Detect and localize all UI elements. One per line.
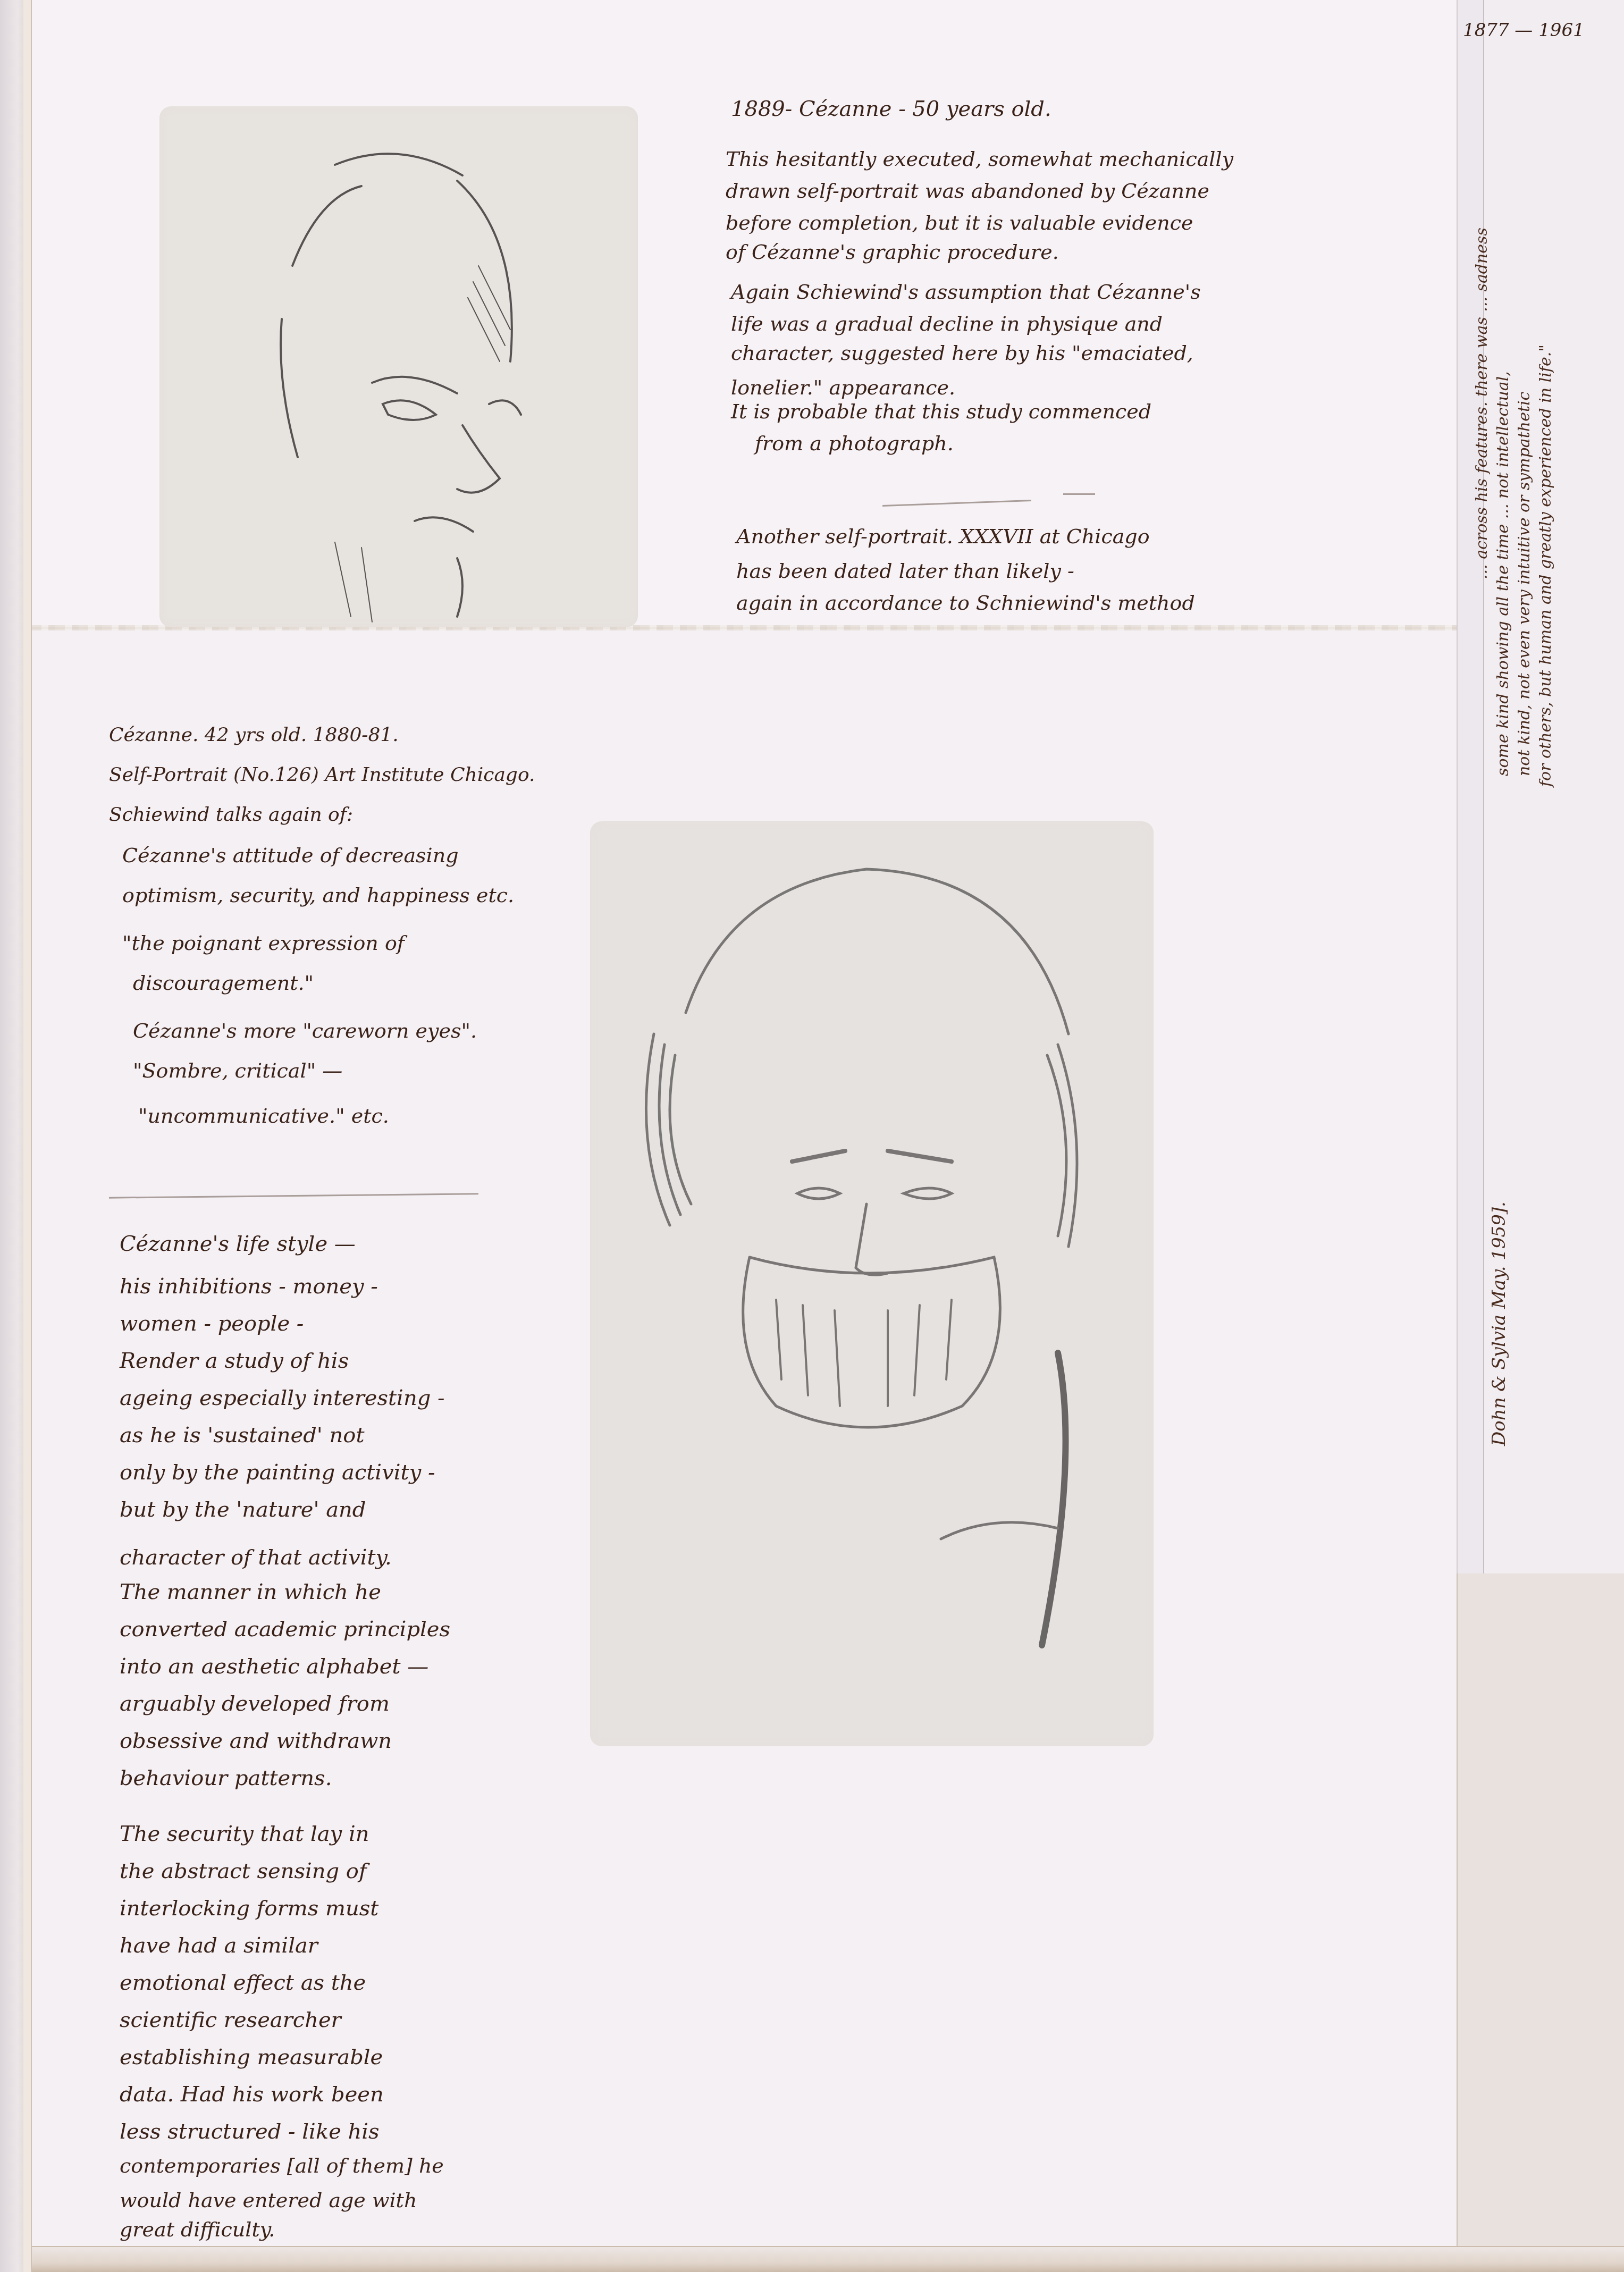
note-line: obsessive and withdrawn: [120, 1730, 392, 1752]
vertical-note-line: ... across his features. there was ... s…: [1472, 228, 1491, 579]
vertical-note-line: not kind, not even very intuitive or sym…: [1515, 392, 1534, 776]
note-line: into an aesthetic alphabet —: [120, 1656, 428, 1677]
note-line: life was a gradual decline in physique a…: [731, 314, 1163, 334]
note-line: Another self-portrait. XXXVII at Chicago: [736, 526, 1150, 546]
note-line: only by the painting activity -: [120, 1462, 435, 1483]
note-line: as he is 'sustained' not: [120, 1425, 364, 1446]
page-stack-edge: [32, 2246, 1624, 2272]
note-line: has been dated later than likely -: [736, 561, 1074, 581]
divider-line: [1063, 493, 1095, 495]
note-line: drawn self-portrait was abandoned by Céz…: [726, 181, 1209, 201]
note-line: emotional effect as the: [120, 1972, 366, 1993]
note-line: This hesitantly executed, somewhat mecha…: [726, 149, 1233, 169]
bearded-portrait-sketch-icon: [590, 821, 1154, 1746]
note-line: before completion, but it is valuable ev…: [726, 213, 1193, 233]
note-line: Schiewind talks again of:: [109, 805, 353, 824]
note-line: interlocking forms must: [120, 1898, 378, 1919]
note-line: It is probable that this study commenced: [731, 401, 1151, 422]
note-line: behaviour patterns.: [120, 1768, 332, 1789]
vertical-note-line: some kind showing all the time ... not i…: [1494, 371, 1512, 776]
side-tab-dates: 1877 — 1961: [1463, 21, 1585, 39]
note-line: Cézanne's attitude of decreasing: [122, 845, 459, 865]
note-line: Cézanne's more "careworn eyes".: [133, 1021, 477, 1041]
note-line: Again Schiewind's assumption that Cézann…: [731, 282, 1201, 302]
side-tab-lower-card: [1457, 1573, 1624, 2246]
binding-page-edge: [23, 0, 32, 2272]
note-line: have had a similar: [120, 1935, 318, 1956]
note-line: Cézanne's life style —: [120, 1233, 356, 1255]
note-line: his inhibitions - money -: [120, 1276, 378, 1297]
note-line: data. Had his work been: [120, 2084, 384, 2105]
note-line: contemporaries [all of them] he: [120, 2156, 444, 2176]
lower-sketch: [590, 821, 1154, 1746]
note-line: the abstract sensing of: [120, 1861, 367, 1882]
note-line: The security that lay in: [120, 1823, 369, 1845]
note-line: women - people -: [120, 1313, 304, 1334]
note-line: optimism, security, and happiness etc.: [122, 885, 514, 905]
note-line: character of that activity.: [120, 1547, 392, 1568]
note-line: "Sombre, critical" —: [133, 1061, 342, 1081]
note-line: of Cézanne's graphic procedure.: [726, 242, 1059, 262]
side-tab-signature: Dohn & Sylvia May. 1959].: [1488, 1201, 1510, 1446]
note-line: but by the 'nature' and: [120, 1499, 366, 1520]
note-line: character, suggested here by his "emacia…: [731, 343, 1193, 363]
note-line: ageing especially interesting -: [120, 1387, 445, 1409]
note-line: would have entered age with: [120, 2190, 417, 2210]
note-line: Cézanne. 42 yrs old. 1880-81.: [109, 726, 399, 745]
note-line: Self-Portrait (No.126) Art Institute Chi…: [109, 765, 535, 785]
vertical-note-line: for others, but human and greatly experi…: [1536, 344, 1555, 787]
upper-sketch: [159, 106, 638, 627]
note-line: discouragement.": [133, 973, 314, 993]
note-heading: 1889- Cézanne - 50 years old.: [731, 98, 1051, 120]
note-line: lonelier." appearance.: [731, 377, 955, 398]
portrait-sketch-icon: [159, 106, 638, 627]
note-line: Render a study of his: [120, 1350, 349, 1371]
note-line: scientific researcher: [120, 2009, 341, 2031]
note-line: "uncommunicative." etc.: [138, 1106, 389, 1126]
note-line: less structured - like his: [120, 2121, 380, 2142]
note-line: establishing measurable: [120, 2047, 383, 2068]
note-line: great difficulty.: [120, 2219, 275, 2240]
note-line: "the poignant expression of: [122, 933, 405, 953]
note-line: The manner in which he: [120, 1581, 381, 1603]
note-line: arguably developed from: [120, 1693, 390, 1714]
note-line: again in accordance to Schniewind's meth…: [736, 593, 1195, 613]
note-line: converted academic principles: [120, 1619, 450, 1640]
note-line: from a photograph.: [755, 433, 954, 453]
